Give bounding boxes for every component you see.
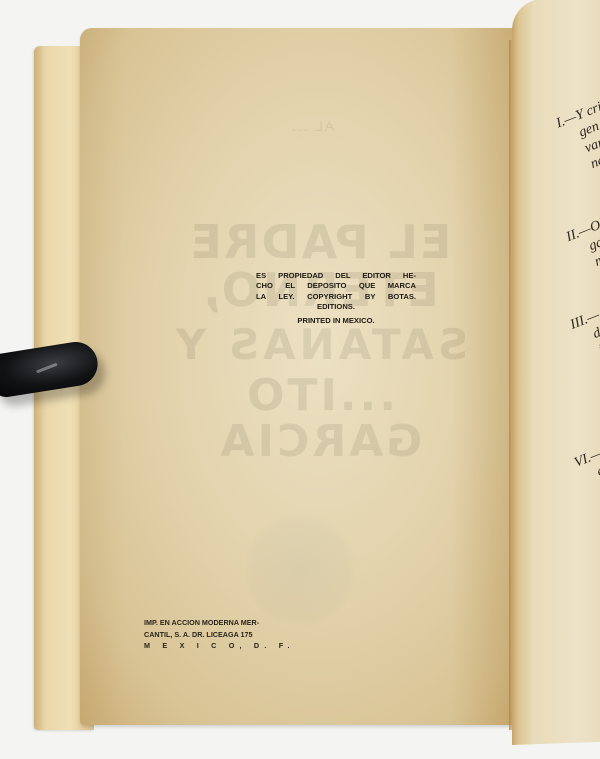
ghost-show-through-title: EL PADRE ETERNO, SATANAS Y ...ITO GARCIA (140, 218, 500, 465)
ghost-title-line-1: EL PADRE ETERNO, (140, 218, 500, 315)
verse-block: I.—Y crió D gen, a varón nesis, c (554, 91, 600, 180)
imprint-city: M E X I C O, D. F. (144, 640, 286, 652)
verse-block: II.—Oh gen gado c maligr jaron ira. ( (564, 205, 600, 309)
right-page-text: VI.—Par esp cia (572, 437, 600, 515)
copyright-notice: ES PROPIEDAD DEL EDITOR HE- CHO EL DEPOS… (256, 271, 416, 326)
ghost-title-line-2: SATANAS Y (140, 323, 500, 367)
ghost-title-line-3: ...ITO GARCIA (140, 373, 500, 465)
copyright-line-1: ES PROPIEDAD DEL EDITOR HE- (256, 271, 416, 281)
imprint-line-1: IMP. EN ACCION MODERNA MER- (144, 617, 286, 629)
copyright-line-3: LA LEY. COPYRIGHT BY BOTAS. (256, 292, 416, 302)
imprint-line-2: CANTIL, S. A. DR. LICEAGA 175 (144, 629, 286, 641)
verse-block: III.—¡Todo debie jor q Para que truc (Me (568, 294, 600, 428)
right-page: I.—Y crió D gen, a varón nesis, c II.—Oh… (512, 0, 600, 745)
printed-in-mexico: PRINTED IN MEXICO. (256, 316, 416, 326)
photo-scene: AL ... EL PADRE ETERNO, SATANAS Y ...ITO… (0, 0, 600, 759)
copyright-line-2: CHO EL DEPOSITO QUE MARCA (256, 281, 416, 291)
right-page-text: I.—Y crió D gen, a varón nesis, c (554, 91, 600, 192)
verse-block: VI.—Par esp cia (572, 437, 600, 503)
right-page-text: III.—¡Todo debie jor q Para que truc (Me (568, 294, 600, 440)
right-page-text: II.—Oh gen gado c maligr jaron ira. ( (564, 205, 600, 321)
ghost-top-text: AL ... (290, 118, 334, 134)
ghost-emblem-icon (245, 510, 355, 630)
copyright-editions: EDITIONS. (256, 302, 416, 312)
printer-imprint: IMP. EN ACCION MODERNA MER- CANTIL, S. A… (144, 617, 286, 652)
left-page: AL ... EL PADRE ETERNO, SATANAS Y ...ITO… (80, 28, 516, 725)
